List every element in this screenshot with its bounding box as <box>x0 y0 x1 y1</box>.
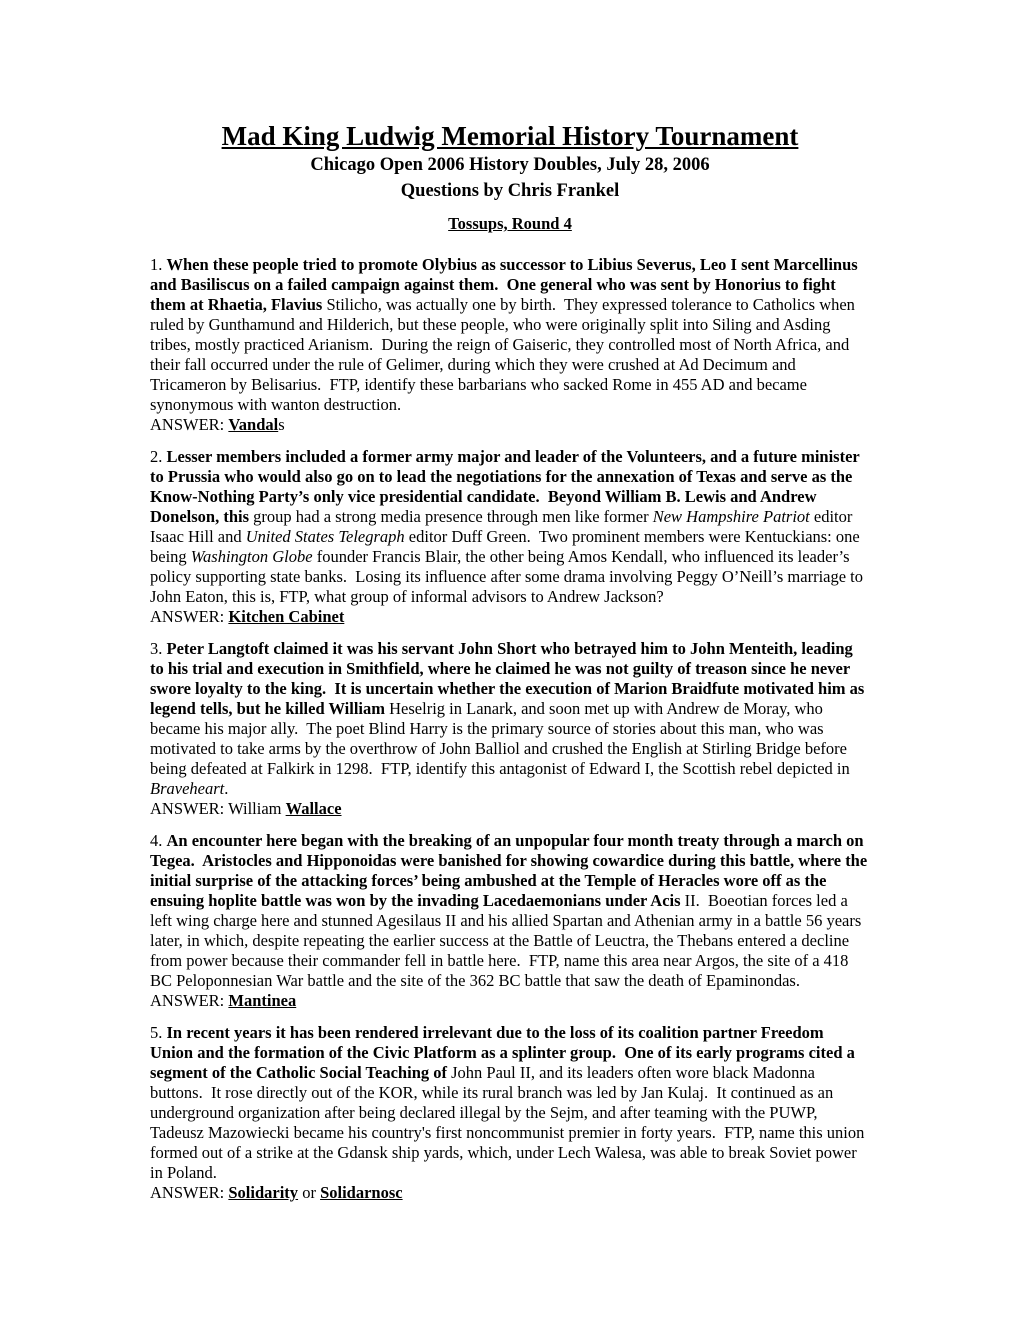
text-run: 4. <box>150 831 167 850</box>
text-run: s <box>278 415 284 434</box>
question-text: 1. When these people tried to promote Ol… <box>150 255 870 415</box>
document-subtitle: Chicago Open 2006 History Doubles, July … <box>150 152 870 178</box>
text-run: Kitchen Cabinet <box>228 607 344 626</box>
section-heading: Tossups, Round 4 <box>150 212 870 236</box>
question-text: 4. An encounter here began with the brea… <box>150 831 870 991</box>
text-run: 3. <box>150 639 167 658</box>
text-run: ANSWER: <box>150 415 228 434</box>
text-run: ANSWER: <box>150 991 228 1010</box>
text-run: ANSWER: <box>150 607 228 626</box>
answer-line: ANSWER: Vandals <box>150 415 870 435</box>
text-run: ANSWER: William <box>150 799 286 818</box>
text-run: ANSWER: <box>150 1183 228 1202</box>
text-run: 2. <box>150 447 167 466</box>
document-author-line: Questions by Chris Frankel <box>150 178 870 204</box>
text-run: Solidarnosc <box>320 1183 403 1202</box>
question-text: 3. Peter Langtoft claimed it was his ser… <box>150 639 870 799</box>
question-block: 5. In recent years it has been rendered … <box>150 1023 870 1203</box>
text-run: United States Telegraph <box>246 527 405 546</box>
text-run: 5. <box>150 1023 167 1042</box>
text-run: Washington Globe <box>191 547 313 566</box>
answer-line: ANSWER: Kitchen Cabinet <box>150 607 870 627</box>
text-run: New Hampshire Patriot <box>653 507 810 526</box>
text-run: or <box>298 1183 320 1202</box>
questions: 1. When these people tried to promote Ol… <box>150 255 870 1203</box>
text-run: . <box>224 779 228 798</box>
answer-line: ANSWER: Mantinea <box>150 991 870 1011</box>
document-page: Mad King Ludwig Memorial History Tournam… <box>0 0 1020 1255</box>
text-run: Mantinea <box>228 991 296 1010</box>
text-run: Vandal <box>228 415 278 434</box>
text-run: Braveheart <box>150 779 224 798</box>
question-text: 5. In recent years it has been rendered … <box>150 1023 870 1183</box>
answer-line: ANSWER: William Wallace <box>150 799 870 819</box>
question-text: 2. Lesser members included a former army… <box>150 447 870 607</box>
document-title: Mad King Ludwig Memorial History Tournam… <box>150 121 870 152</box>
answer-line: ANSWER: Solidarity or Solidarnosc <box>150 1183 870 1203</box>
text-run: group had a strong media presence throug… <box>249 507 653 526</box>
question-block: 1. When these people tried to promote Ol… <box>150 255 870 435</box>
text-run: 1. <box>150 255 167 274</box>
question-block: 3. Peter Langtoft claimed it was his ser… <box>150 639 870 819</box>
text-run: Wallace <box>286 799 342 818</box>
text-run: Solidarity <box>228 1183 298 1202</box>
question-block: 4. An encounter here began with the brea… <box>150 831 870 1011</box>
question-block: 2. Lesser members included a former army… <box>150 447 870 627</box>
